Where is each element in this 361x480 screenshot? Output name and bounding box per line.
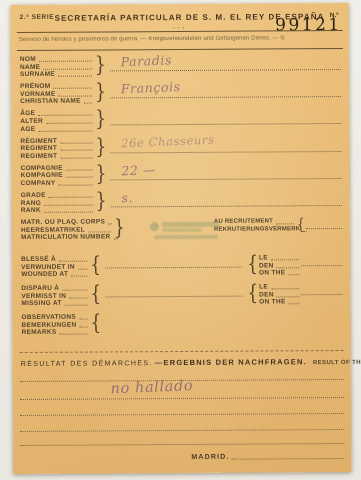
dotted-line — [20, 443, 344, 446]
brace — [90, 281, 101, 310]
inquiry-card: 2.ª SERIE SECRETARÍA PARTICULAR DE S. M.… — [11, 3, 352, 474]
label-surname: SURNAME — [20, 71, 94, 79]
brace — [297, 214, 305, 235]
card-serial-number: 99121 — [275, 15, 342, 35]
subtitle-rule — [17, 48, 343, 51]
recruitment-block: AU RECRUTEMENT REKRUTIERUNGSVERMERK — [214, 216, 342, 234]
label-company: COMPANY — [21, 179, 95, 187]
footer-city-row: MADRID. — [191, 453, 343, 461]
brace — [95, 79, 106, 108]
dotted-line — [111, 205, 342, 207]
handwritten-rank: s. — [121, 190, 133, 205]
green-office-stamp — [146, 220, 232, 243]
brace — [96, 160, 107, 189]
brace — [114, 214, 125, 243]
brace — [90, 310, 101, 339]
label-rank: RANK — [21, 207, 95, 215]
dotted-line — [20, 429, 344, 432]
stamp-emblem — [150, 222, 159, 231]
field-row-name: NOM NAME SURNAME Paradis — [20, 53, 341, 82]
result-heading-de: —ERGEBNIS DER NACHFRAGEN. — [155, 357, 307, 367]
section-separator — [20, 350, 344, 353]
brace — [96, 188, 107, 217]
dotted-line — [301, 265, 342, 266]
dotted-line — [110, 151, 341, 153]
result-heading: RÉSULTAT DES DÉMARCHES. —ERGEBNIS DER NA… — [21, 357, 345, 368]
observations-row: OBSERVATIONS BEMERKUNGEN REMARKS — [21, 312, 102, 336]
handwritten-company: 22 — — [121, 162, 156, 178]
result-heading-en: RESULT OF THE EXQUIRY — [313, 360, 361, 367]
dotted-line — [110, 69, 341, 71]
label-age-en: AGE — [20, 125, 94, 133]
label-missing-at: MISSING AT — [21, 300, 89, 308]
page-title: SECRETARÍA PARTICULAR DE S. M. EL REY DE… — [55, 12, 305, 23]
handwritten-surname: Paradis — [120, 52, 172, 69]
brace — [90, 252, 101, 281]
missing-date-block: LE DEN ON THE — [246, 282, 342, 306]
brace — [95, 133, 106, 162]
field-row-company: COMPAGNIE KOMPAGNIE COMPANY 22 — — [21, 162, 342, 191]
field-row-firstname: PRÉNOM VORNAME CHRISTIAN NAME François — [20, 80, 341, 109]
dotted-line — [20, 413, 344, 416]
field-row-rank: GRADE RANG RANK s. — [21, 189, 342, 218]
dotted-line — [105, 296, 242, 298]
handwritten-regiment: 26e Chasseurs — [121, 132, 215, 150]
missing-row: DISPARU À VERMISST IN MISSING AT LE DEN … — [21, 282, 342, 308]
label-wounded-at: WOUNDED AT — [21, 271, 89, 279]
city-label: MADRID. — [191, 454, 229, 461]
label-on-the: ON THE — [259, 298, 301, 306]
service-subtitle: Servicio de heridos y prisioneros de gue… — [19, 35, 285, 44]
wounded-date-block: LE DEN ON THE — [246, 253, 342, 277]
dotted-line — [306, 228, 342, 229]
dotted-line — [110, 123, 341, 125]
dotted-line — [110, 96, 341, 98]
matriculation-band: MATR. OU PLAQ. CORPS HEERESMATRIKEL MATR… — [21, 216, 342, 246]
label-christian-name: CHRISTIAN NAME — [20, 98, 94, 106]
field-row-age: ÂGE ALTER AGE — [20, 107, 341, 136]
brace — [95, 106, 106, 135]
brace — [95, 52, 106, 81]
handwritten-result: no hallado — [110, 378, 193, 397]
field-row-regiment: RÉGIMENT REGIMENT REGIMENT 26e Chasseurs — [20, 135, 341, 164]
brace — [247, 251, 258, 280]
dotted-line — [110, 178, 341, 180]
label-regiment-en: REGIMENT — [20, 152, 94, 160]
series-label: 2.ª SERIE — [20, 14, 55, 21]
dotted-line — [301, 294, 342, 295]
dotted-line — [105, 267, 242, 269]
brace — [247, 280, 258, 309]
wounded-row: BLESSÉ À VERWUNDET IN WOUNDED AT LE DEN … — [21, 253, 342, 279]
handwritten-firstname: François — [120, 79, 180, 96]
label-remarks: REMARKS — [22, 329, 90, 337]
result-heading-fr: RÉSULTAT DES DÉMARCHES. — [21, 360, 153, 368]
label-on-the: ON THE — [259, 269, 301, 277]
dotted-line — [20, 397, 344, 400]
label-matriculation-number: MATRICULATION NUMBER — [21, 234, 113, 242]
field-rows: NOM NAME SURNAME Paradis PRÉNOM VORNAME … — [20, 53, 342, 218]
dotted-line — [232, 458, 344, 460]
